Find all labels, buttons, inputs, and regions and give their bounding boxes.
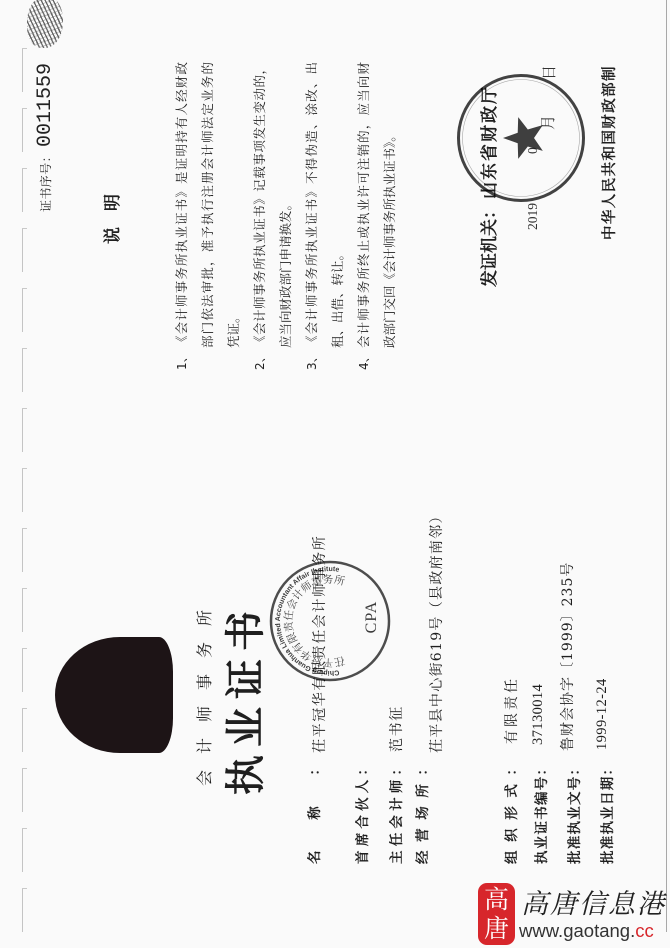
- note-line: 《会计师事务所执业证书》记载事项发生变动的，: [247, 62, 273, 348]
- firm-cpa-seal: Chiping Guanhua Limited Accountant Affai…: [268, 559, 392, 683]
- field-value-approval-doc: 鲁财会协字〔1999〕235号: [559, 562, 577, 751]
- field-label-premises: 经营场所：: [414, 762, 432, 864]
- field-value-approval-date: 1999-12-24: [593, 678, 611, 750]
- note-line: 会计师事务所终止或执业许可注销的，应当向财: [351, 62, 377, 348]
- watermark-url-suffix: cc: [635, 920, 654, 941]
- seal-center-text: CPA: [363, 601, 380, 634]
- certificate-document: 证书序号： 0011559 说明 1、 《会计师事务所执业证书》是证明持有人经财…: [0, 0, 670, 948]
- field-value-org-form: 有限责任: [503, 676, 521, 744]
- field-value-chief-accountant: 范书征: [388, 705, 406, 752]
- note-item: 1、 《会计师事务所执业证书》是证明持有人经财政 部门依法审批，准予执行注册会计…: [169, 62, 247, 370]
- watermark-url-prefix: www.gaotang.: [519, 920, 635, 941]
- publisher-line: 中华人民共和国财政部制: [601, 65, 619, 240]
- issuer-label: 发证机关：: [480, 202, 500, 287]
- watermark-seal-char: 唐: [478, 914, 515, 943]
- field-label-approval-doc: 批准执业文号：: [566, 762, 584, 864]
- certificate-subtitle: 会计师事务所: [196, 594, 214, 786]
- notes-heading: 说明: [103, 178, 123, 244]
- note-line: 《会计师事务所执业证书》不得伪造、涂改、出: [299, 62, 325, 348]
- note-line: 政部门交回《会计师事务所执业证书》。: [377, 62, 403, 348]
- serial-number: 0011559: [34, 63, 57, 147]
- notes-list: 1、 《会计师事务所执业证书》是证明持有人经财政 部门依法审批，准予执行注册会计…: [169, 62, 403, 370]
- certificate-title: 执业证书: [222, 603, 270, 795]
- note-line: 凭证。: [221, 62, 247, 348]
- watermark-site-name: 高唐信息港: [521, 882, 666, 921]
- serial-label: 证书序号：: [37, 150, 54, 212]
- watermark-seal-char: 高: [478, 885, 515, 914]
- watermark-url: www.gaotang.cc: [519, 920, 654, 942]
- issuer-official-seal: [455, 72, 587, 204]
- watermark-seal: 高 唐: [478, 883, 515, 945]
- note-item: 4、 会计师事务所终止或执业许可注销的，应当向财 政部门交回《会计师事务所执业证…: [351, 62, 403, 370]
- seal-star-icon: [503, 117, 543, 159]
- certificate-serial: 证书序号： 0011559: [35, 63, 55, 212]
- field-label-org-form: 组织形式：: [503, 762, 521, 864]
- note-line: 租、出借、转让。: [325, 62, 351, 348]
- note-number: 2、: [247, 348, 299, 370]
- note-number: 1、: [169, 348, 247, 370]
- note-line: 部门依法审批，准予执行注册会计师法定业务的: [195, 62, 221, 348]
- field-label-name: 名称：: [306, 762, 324, 864]
- note-item: 2、 《会计师事务所执业证书》记载事项发生变动的， 应当向财政部门申请换发。: [247, 62, 299, 370]
- field-value-license-number: 37130014: [529, 684, 547, 745]
- field-label-chief-accountant: 主任会计师：: [388, 762, 406, 864]
- issue-year: 2019: [525, 203, 541, 230]
- note-number: 3、: [299, 348, 351, 370]
- field-label-approval-date: 批准执业日期：: [599, 762, 617, 864]
- redacted-emblem: [55, 637, 173, 753]
- field-label-license-number: 执业证书编号：: [533, 762, 551, 864]
- note-line: 《会计师事务所执业证书》是证明持有人经财政: [169, 62, 195, 348]
- note-item: 3、 《会计师事务所执业证书》不得伪造、涂改、出 租、出借、转让。: [299, 62, 351, 370]
- note-line: 应当向财政部门申请换发。: [273, 62, 299, 348]
- field-value-premises: 茌平县中心街619号（县政府南邻）: [428, 508, 446, 753]
- note-number: 4、: [351, 348, 403, 370]
- field-label-chief-partner: 首席合伙人：: [354, 762, 372, 864]
